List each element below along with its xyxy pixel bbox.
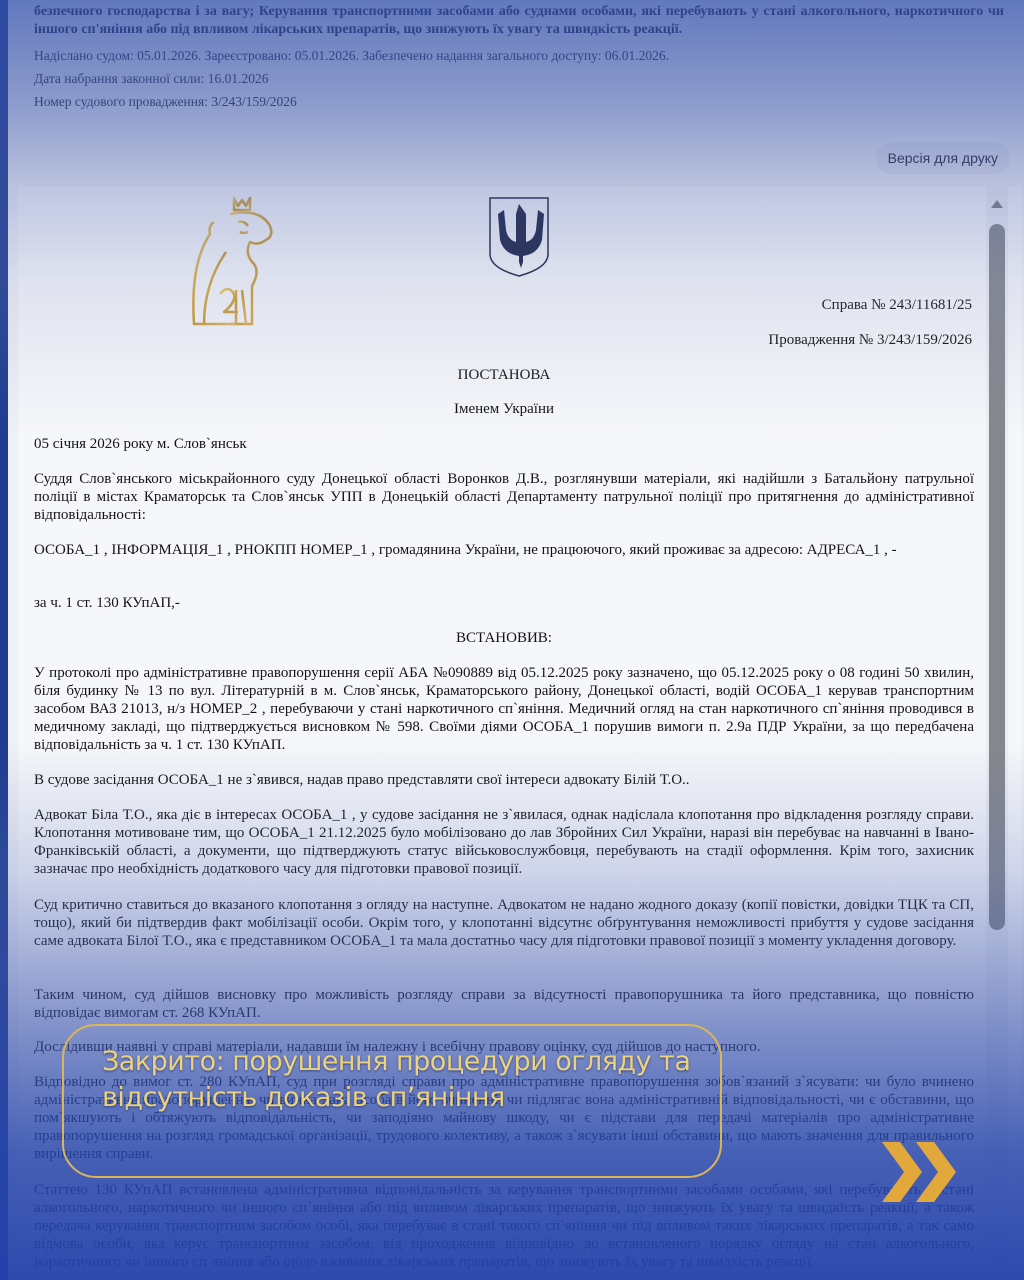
- decision-meta: безпечного господарства і за вагу; Керув…: [34, 0, 1004, 113]
- proceeding-number-meta: Номер судового провадження: 3/243/159/20…: [34, 90, 1004, 113]
- date-place: 05 січня 2026 року м. Слов`янськ: [34, 435, 974, 453]
- document-subtitle: Іменем України: [34, 400, 974, 418]
- proceeding-number: Провадження № 3/243/159/2026: [768, 331, 972, 349]
- lion-logo-icon: [190, 194, 310, 344]
- sent-registered-dates: Надіслано судом: 05.01.2026. Зареєстрова…: [34, 44, 1004, 67]
- paragraph: Статтею 130 КУпАП встановлена адміністра…: [34, 1181, 974, 1271]
- category-description: безпечного господарства і за вагу; Керув…: [34, 3, 1004, 39]
- effective-date: Дата набрання законної сили: 16.01.2026: [34, 67, 1004, 90]
- document-title: ПОСТАНОВА: [34, 366, 974, 384]
- scrollbar-thumb[interactable]: [989, 224, 1005, 930]
- paragraph: Адвокат Біла Т.О., яка діє в інтересах О…: [34, 806, 974, 878]
- intro-paragraph: Суддя Слов`янського міськрайонного суду …: [34, 470, 974, 524]
- person-paragraph: ОСОБА_1 , ІНФОРМАЦІЯ_1 , РНОКПП НОМЕР_1 …: [34, 541, 974, 559]
- article-line: за ч. 1 ст. 130 КУпАП,-: [34, 594, 974, 612]
- established-heading: ВСТАНОВИВ:: [34, 629, 974, 647]
- coat-of-arms-icon: [488, 196, 550, 278]
- paragraph: У протоколі про адміністративне правопор…: [34, 664, 974, 754]
- paragraph: В судове засідання ОСОБА_1 не з`явився, …: [34, 771, 974, 789]
- scrollbar[interactable]: [986, 186, 1008, 1280]
- double-chevron-right-icon[interactable]: [880, 1140, 962, 1204]
- case-number: Справа № 243/11681/25: [822, 296, 972, 314]
- caption-text: Закрито: порушення процедури огляду та в…: [102, 1044, 742, 1116]
- paragraph: Суд критично ставиться до вказаного клоп…: [34, 896, 974, 950]
- paragraph: Таким чином, суд дійшов висновку про мож…: [34, 986, 974, 1022]
- print-version-button[interactable]: Версія для друку: [876, 142, 1010, 174]
- left-accent-bar: [0, 0, 8, 1280]
- scroll-up-arrow-icon[interactable]: [991, 200, 1003, 208]
